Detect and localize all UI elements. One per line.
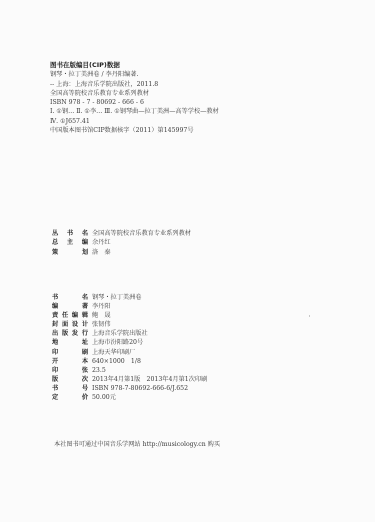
info-label: 书名 — [52, 293, 88, 302]
label-char: 书 — [52, 384, 58, 393]
cip-line-publisher: -- 上海：上海音乐学院出版社，2011.8 — [50, 80, 350, 89]
details-row-title: 书名 钢琴・拉丁美洲卷 — [52, 293, 352, 302]
label-char: 书 — [67, 229, 73, 238]
cip-line-record-number: 中国版本图书馆CIP数据核字（2011）第145997号 — [50, 126, 350, 135]
cip-title: 图书在版编目(CIP)数据 — [50, 61, 350, 70]
label-char: 刷 — [82, 348, 88, 357]
label-char: 价 — [82, 393, 88, 402]
info-label: 开本 — [52, 357, 88, 366]
label-char: 责 — [52, 311, 58, 320]
label-char: 计 — [82, 320, 88, 329]
cip-line-series: 全国高等院校音乐教育专业系列教材 — [50, 89, 350, 98]
label-char: 书 — [52, 293, 58, 302]
series-info-block: 丛书名 全国高等院校音乐教育专业系列教材 总主编 余丹红 策划 洛 秦 — [52, 229, 352, 257]
info-value: 钢琴・拉丁美洲卷 — [92, 293, 142, 302]
label-char: 编 — [82, 238, 88, 247]
info-label: 定价 — [52, 393, 88, 402]
details-row-author: 编著 李丹阳 — [52, 302, 352, 311]
cip-line-isbn: ISBN 978 - 7 - 80692 - 666 - 6 — [50, 98, 350, 107]
label-char: 划 — [82, 248, 88, 257]
label-char: 任 — [62, 311, 68, 320]
label-char: 本 — [82, 357, 88, 366]
label-char: 出 — [52, 329, 58, 338]
info-label: 丛书名 — [52, 229, 88, 238]
info-value: 洛 秦 — [92, 248, 111, 257]
label-char: 印 — [52, 366, 58, 375]
info-value: 全国高等院校音乐教育专业系列教材 — [92, 229, 191, 238]
label-char: 名 — [82, 293, 88, 302]
label-char: 面 — [62, 320, 68, 329]
info-label: 地址 — [52, 338, 88, 347]
series-row-series-name: 丛书名 全国高等院校音乐教育专业系列教材 — [52, 229, 352, 238]
copyright-page: 图书在版编目(CIP)数据 钢琴・拉丁美洲卷 / 李丹阳编著. -- 上海：上海… — [0, 0, 375, 522]
label-char: 定 — [52, 393, 58, 402]
label-char: 名 — [82, 229, 88, 238]
info-label: 版次 — [52, 375, 88, 384]
label-char: 版 — [52, 375, 58, 384]
label-char: 号 — [82, 384, 88, 393]
label-char: 著 — [82, 302, 88, 311]
info-label: 书号 — [52, 384, 88, 393]
info-label: 印张 — [52, 366, 88, 375]
info-value: 李丹阳 — [92, 302, 111, 311]
book-details-block: 书名 钢琴・拉丁美洲卷 编著 李丹阳 责任编辑 鲍 晟 封面设计 张韧伟 出版发… — [52, 293, 352, 402]
details-row-edition: 版次 2013年4月第1版 2013年4月第1次印刷 — [52, 375, 352, 384]
info-value: 640×1000 1/8 — [92, 357, 141, 366]
label-char: 设 — [72, 320, 78, 329]
cip-line-classification: Ⅳ. ①J657.41 — [50, 117, 350, 126]
label-char: 张 — [82, 366, 88, 375]
label-char: 辑 — [82, 311, 88, 320]
label-char: 编 — [72, 311, 78, 320]
label-char: 版 — [62, 329, 68, 338]
cip-line-subjects: Ⅰ. ①钢… Ⅱ. ①李… Ⅲ. ①钢琴曲—拉丁美洲—高等学校—教材 — [50, 107, 350, 116]
details-row-format: 开本 640×1000 1/8 — [52, 357, 352, 366]
details-row-publisher: 出版发行 上海音乐学院出版社 — [52, 329, 352, 338]
series-row-chief-editor: 总主编 余丹红 — [52, 238, 352, 247]
cip-data-block: 图书在版编目(CIP)数据 钢琴・拉丁美洲卷 / 李丹阳编著. -- 上海：上海… — [50, 61, 350, 135]
info-label: 印刷 — [52, 348, 88, 357]
label-char: 次 — [82, 375, 88, 384]
label-char: 开 — [52, 357, 58, 366]
label-char: 印 — [52, 348, 58, 357]
info-value: 50.00元 — [92, 393, 116, 402]
info-label: 编著 — [52, 302, 88, 311]
info-value: 2013年4月第1版 2013年4月第1次印刷 — [92, 375, 207, 384]
details-row-printer: 印刷 上海天华印刷厂 — [52, 348, 352, 357]
info-value: 上海市汾阳路20号 — [92, 338, 143, 347]
label-char: 主 — [67, 238, 73, 247]
label-char: 发 — [72, 329, 78, 338]
cip-line-title-author: 钢琴・拉丁美洲卷 / 李丹阳编著. — [50, 70, 350, 79]
info-label: 总主编 — [52, 238, 88, 247]
details-row-editor: 责任编辑 鲍 晟 — [52, 311, 352, 320]
info-value: 鲍 晟 — [92, 311, 111, 320]
label-char: 丛 — [52, 229, 58, 238]
label-char: 地 — [52, 338, 58, 347]
label-char: 封 — [52, 320, 58, 329]
info-label: 责任编辑 — [52, 311, 88, 320]
label-char: 编 — [52, 302, 58, 311]
details-row-price: 定价 50.00元 — [52, 393, 352, 402]
details-row-cover-design: 封面设计 张韧伟 — [52, 320, 352, 329]
label-char: 行 — [82, 329, 88, 338]
details-row-printed-sheets: 印张 23.5 — [52, 366, 352, 375]
purchase-note: 本社图书可通过中国音乐学网站 http://musicology.cn 购买 — [54, 440, 220, 449]
info-value: ISBN 978-7-80692-666-6/J.652 — [92, 384, 188, 393]
info-label: 策划 — [52, 248, 88, 257]
details-row-address: 地址 上海市汾阳路20号 — [52, 338, 352, 347]
info-value: 23.5 — [92, 366, 106, 375]
series-row-planner: 策划 洛 秦 — [52, 248, 352, 257]
info-value: 张韧伟 — [92, 320, 111, 329]
scan-speck-decoration — [309, 315, 310, 317]
info-value: 上海音乐学院出版社 — [92, 329, 148, 338]
details-row-isbn: 书号 ISBN 978-7-80692-666-6/J.652 — [52, 384, 352, 393]
info-label: 封面设计 — [52, 320, 88, 329]
label-char: 策 — [52, 248, 58, 257]
label-char: 总 — [52, 238, 58, 247]
info-value: 上海天华印刷厂 — [92, 348, 135, 357]
info-label: 出版发行 — [52, 329, 88, 338]
label-char: 址 — [82, 338, 88, 347]
info-value: 余丹红 — [92, 238, 111, 247]
